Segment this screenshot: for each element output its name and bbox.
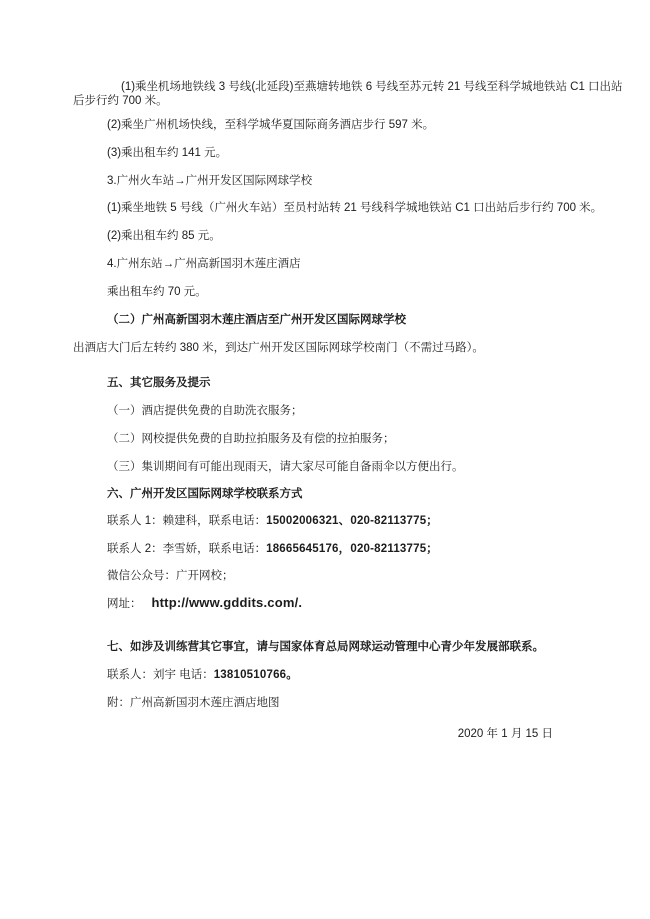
school-contact-2: 联系人 2：李雪娇，联系电话：18665645176，020-82113775；: [107, 542, 438, 556]
services-item-3: （三）集训期间有可能出现雨天，请大家尽可能自备雨伞以方便出行。: [107, 460, 464, 474]
school-contact-1: 联系人 1：赖建科，联系电话：15002006321、020-82113775；: [107, 514, 438, 528]
services-item-2: （二）网校提供免费的自助拉拍服务及有偿的拉拍服务；: [107, 432, 395, 446]
website-label: 网址：: [107, 598, 142, 610]
east-station-step1: 乘出租车约 70 元。: [107, 285, 207, 299]
contact1-label: 联系人 1：赖建科，联系电话：: [107, 515, 266, 527]
national-center-contact: 联系人：刘宇 电话：13810510766。: [107, 668, 298, 682]
hotel-to-school-detail: 出酒店大门后左转约 380 米，到达广州开发区国际网球学校南门（不需过马路）。: [73, 341, 484, 355]
airport-step1-line1: (1)乘坐机场地铁线 3 号线(北延段)至燕塘转地铁 6 号线至苏元转 21 号…: [121, 80, 623, 94]
school-contact-heading: 六、广州开发区国际网球学校联系方式: [107, 487, 303, 501]
document-page: (1)乘坐机场地铁线 3 号线(北延段)至燕塘转地铁 6 号线至苏元转 21 号…: [0, 0, 650, 919]
contact1-phone-numbers: 15002006321、020-82113775；: [266, 515, 438, 527]
national-contact-label: 联系人：刘宇 电话：: [107, 669, 214, 681]
hotel-to-school-heading: （二）广州高新国羽木莲庄酒店至广州开发区国际网球学校: [107, 313, 406, 327]
contact2-label: 联系人 2：李雪娇，联系电话：: [107, 543, 266, 555]
railway-station-step2: (2)乘出租车约 85 元。: [107, 229, 221, 243]
contact2-phone-numbers: 18665645176，020-82113775；: [266, 543, 438, 555]
attachment-note: 附：广州高新国羽木莲庄酒店地图: [107, 696, 280, 710]
airport-step2: (2)乘坐广州机场快线，至科学城华夏国际商务酒店步行 597 米。: [107, 118, 434, 132]
east-station-heading: 4.广州东站→广州高新国羽木莲庄酒店: [107, 257, 301, 271]
national-contact-phone: 13810510766。: [214, 669, 298, 681]
website-line: 网址：http://www.gddits.com/.: [107, 596, 302, 611]
airport-step1-line2: 后步行约 700 米。: [73, 94, 168, 108]
railway-station-step1: (1)乘坐地铁 5 号线（广州火车站）至员村站转 21 号线科学城地铁站 C1 …: [107, 201, 602, 215]
services-item-1: （一）酒店提供免费的自助洗衣服务；: [107, 404, 303, 418]
document-date: 2020 年 1 月 15 日: [458, 727, 553, 741]
railway-station-heading: 3.广州火车站→广州开发区国际网球学校: [107, 174, 312, 188]
services-heading: 五、其它服务及提示: [107, 376, 211, 390]
national-center-heading: 七、如涉及训练营其它事宜，请与国家体育总局网球运动管理中心青少年发展部联系。: [107, 640, 544, 654]
wechat-account-line: 微信公众号：广开网校；: [107, 569, 234, 583]
airport-step3: (3)乘出租车约 141 元。: [107, 146, 227, 160]
website-url: http://www.gddits.com/.: [152, 595, 303, 610]
